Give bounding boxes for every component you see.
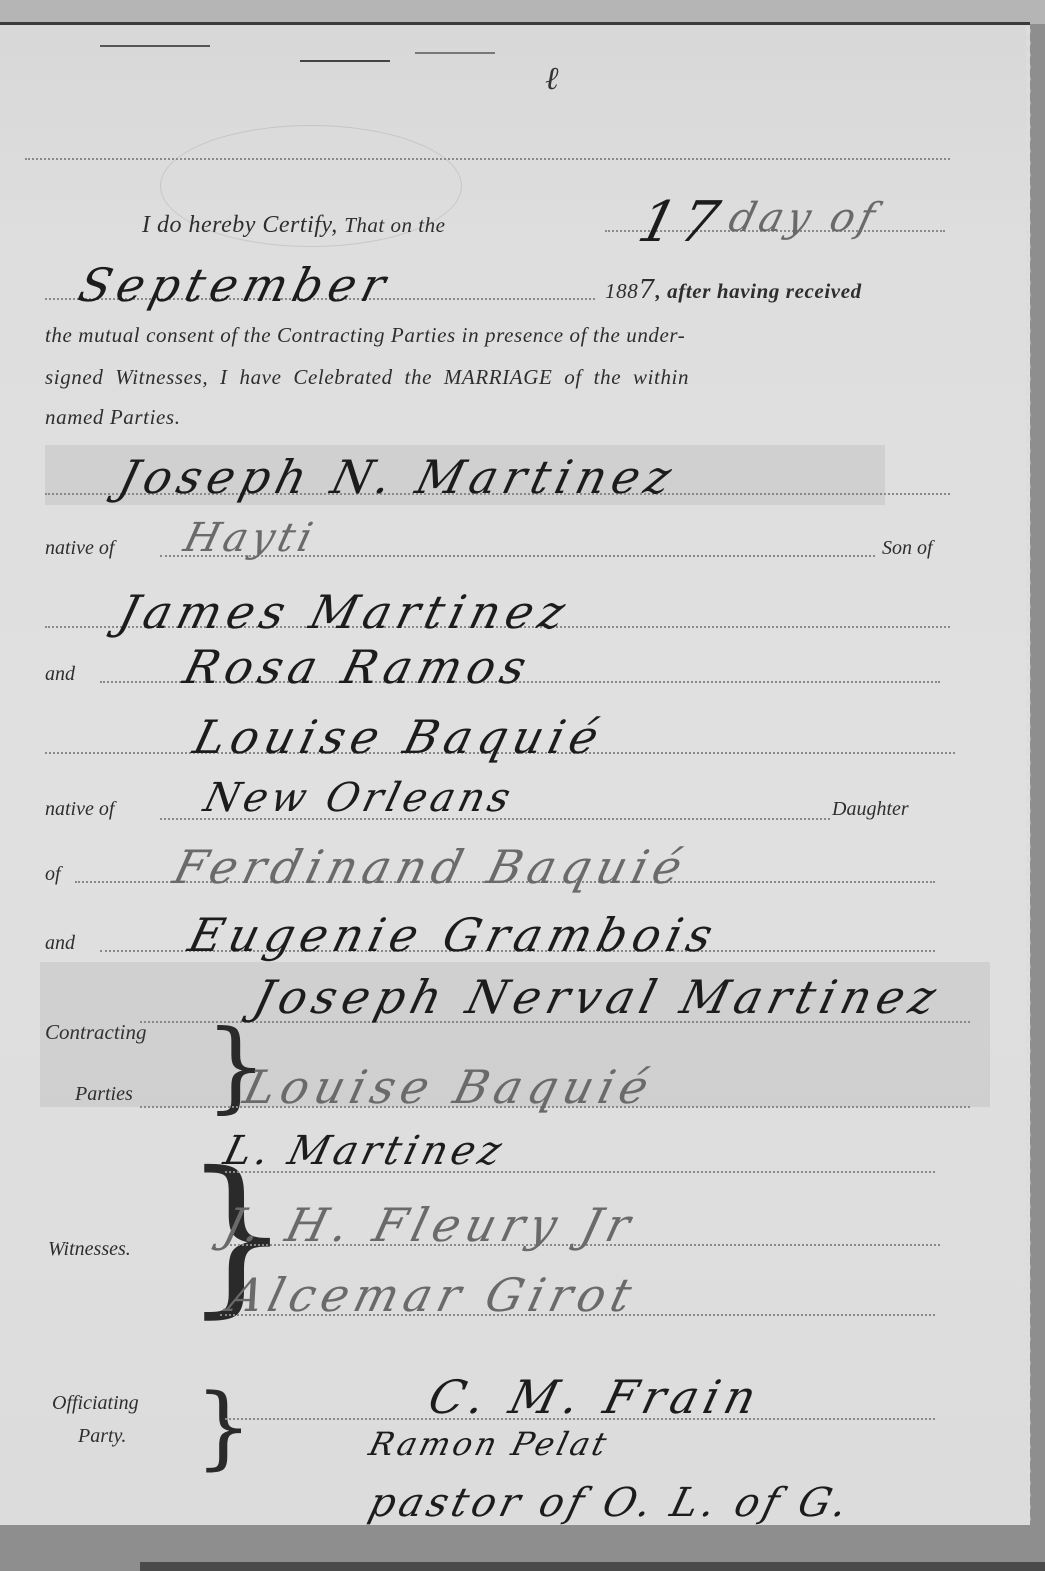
and-label: and	[45, 663, 75, 686]
year-digit: 7	[638, 275, 655, 305]
brace: }	[195, 1375, 252, 1480]
officiating-label: Officiating	[52, 1392, 139, 1415]
bride-native-of: New Orleans	[199, 775, 519, 821]
native-of-label: native of	[45, 798, 114, 821]
photo-shadow-bottom	[140, 1562, 1045, 1571]
after-text: , after having received	[655, 279, 861, 303]
ink-mark: ℓ	[545, 60, 558, 97]
consent-text: the mutual consent of the Contracting Pa…	[45, 323, 685, 348]
day-number: 17	[632, 190, 731, 255]
day-word: day of	[724, 195, 883, 241]
daughter-label: Daughter	[832, 798, 909, 821]
witness-2: J. H. Fleury Jr	[218, 1198, 641, 1252]
witness-1: L. Martinez	[219, 1128, 510, 1174]
bride-father: Ferdinand Baquié	[168, 840, 693, 894]
son-of-label: Son of	[882, 537, 933, 560]
torn-edge-mark	[300, 60, 390, 62]
groom-father: James Martinez	[113, 585, 576, 639]
that-on-the: That on the	[344, 213, 445, 237]
bride-mother: Eugenie Grambois	[183, 908, 724, 962]
torn-edge-mark	[100, 45, 210, 47]
groom-mother: Rosa Ramos	[178, 640, 537, 694]
contracting-label: Contracting	[45, 1020, 147, 1045]
certify-phrase: I do hereby Certify,	[142, 212, 338, 238]
groom-native-of: Hayti	[179, 515, 321, 561]
officiant-name: Ramon Pelat	[365, 1425, 613, 1463]
witnesses-label: Witnesses.	[48, 1238, 131, 1261]
rule-line	[25, 158, 950, 160]
witness-3: Alcemar Girot	[223, 1268, 643, 1322]
photo-background-top	[0, 0, 1045, 24]
year-line: 1887, after having received	[605, 275, 862, 305]
contracting-label-text: Contracting	[45, 1020, 147, 1044]
and-label: and	[45, 932, 75, 955]
groom-signature: Joseph Nerval Martinez	[248, 970, 947, 1024]
parties-label: Parties	[75, 1083, 133, 1106]
groom-name: Joseph N. Martinez	[113, 450, 682, 504]
certify-text: I do hereby Certify, That on the	[142, 212, 445, 239]
officiant-signature: C. M. Frain	[423, 1370, 767, 1424]
witnesses-text: signed Witnesses, I have Celebrated the …	[45, 365, 689, 390]
month-value: September	[73, 258, 397, 312]
party-label: Party.	[78, 1425, 126, 1448]
of-label: of	[45, 863, 61, 886]
named-parties-text: named Parties.	[45, 405, 181, 430]
native-of-label: native of	[45, 537, 114, 560]
year-printed: 188	[605, 279, 638, 303]
officiant-title: pastor of O. L. of G.	[364, 1480, 856, 1526]
torn-edge-mark	[415, 52, 495, 54]
bride-name: Louise Baquié	[188, 710, 610, 764]
bride-signature: Louise Baquié	[238, 1060, 660, 1114]
